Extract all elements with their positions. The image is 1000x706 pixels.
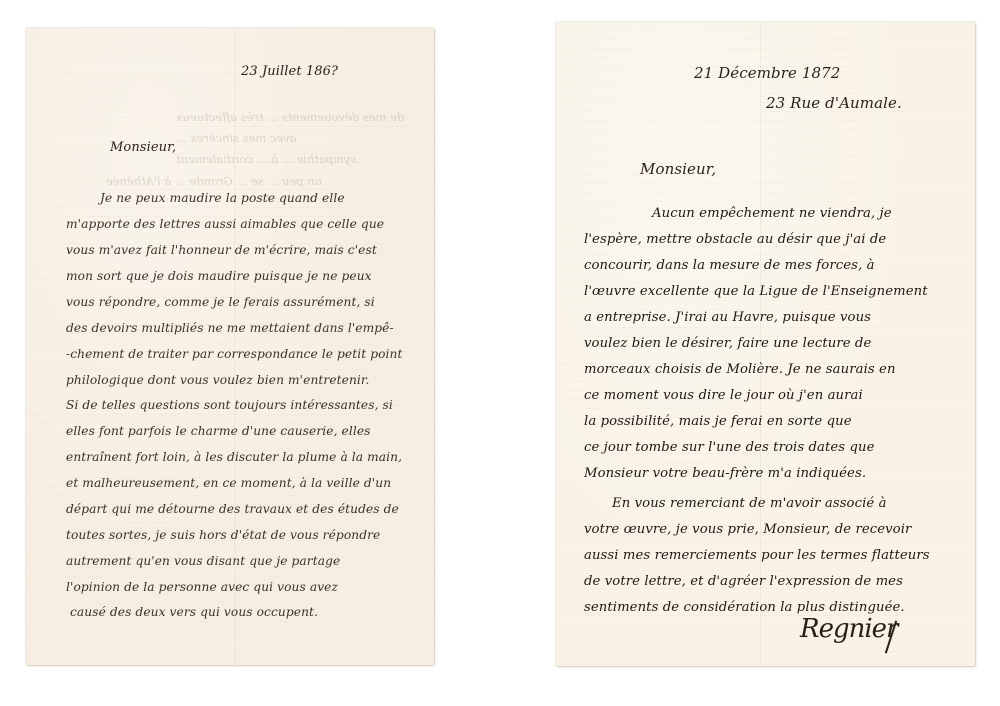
letter-line: l'opinion de la personne avec qui vous a… bbox=[66, 580, 338, 594]
letter-line: l'espère, mettre obstacle au désir que j… bbox=[584, 232, 886, 247]
bleed-through-text: avec mes sincères ... bbox=[176, 131, 297, 145]
letter-line: ce jour tombe sur l'une des trois dates … bbox=[584, 440, 875, 455]
letter-line: elles font parfois le charme d'une cause… bbox=[66, 424, 371, 438]
letter-line: morceaux choisis de Molière. Je ne saura… bbox=[584, 362, 896, 377]
letter-line: m'apporte des lettres aussi aimables que… bbox=[66, 217, 384, 231]
letter-line: l'œuvre excellente que la Ligue de l'Ens… bbox=[584, 284, 928, 299]
letter-line: de votre lettre, et d'agréer l'expressio… bbox=[584, 574, 903, 589]
letter-sheet-right: 21 Décembre 1872 23 Rue d'Aumale. Monsie… bbox=[556, 22, 975, 666]
letter-line: concourir, dans la mesure de mes forces,… bbox=[584, 258, 875, 273]
letter-line: sentiments de considération la plus dist… bbox=[584, 600, 905, 615]
letter-date: 23 Juillet 186? bbox=[241, 64, 338, 79]
letter-line: départ qui me détourne des travaux et de… bbox=[66, 502, 399, 516]
letter-line: voulez bien le désirer, faire une lectur… bbox=[584, 336, 871, 351]
signature: Regnier bbox=[800, 614, 897, 644]
letter-line: a entreprise. J'irai au Havre, puisque v… bbox=[584, 310, 871, 325]
letter-line: vous répondre, comme je le ferais assuré… bbox=[66, 295, 375, 309]
bleed-through-text: de mes dévouements ... très affectueux bbox=[176, 110, 404, 124]
letter-line: ce moment vous dire le jour où j'en aura… bbox=[584, 388, 863, 403]
letter-line: Monsieur votre beau-frère m'a indiquées. bbox=[584, 466, 866, 481]
letter-line: causé des deux vers qui vous occupent. bbox=[70, 605, 318, 619]
letter-line: votre œuvre, je vous prie, Monsieur, de … bbox=[584, 522, 911, 537]
letter-line: Si de telles questions sont toujours int… bbox=[66, 398, 393, 412]
letter-line: mon sort que je dois maudire puisque je … bbox=[66, 269, 372, 283]
letter-salutation: Monsieur, bbox=[640, 160, 716, 178]
letter-line: En vous remerciant de m'avoir associé à bbox=[612, 496, 887, 511]
letter-address: 23 Rue d'Aumale. bbox=[766, 94, 902, 112]
letter-line: Je ne peux maudire la poste quand elle bbox=[100, 191, 345, 205]
letter-line: entraînent fort loin, à les discuter la … bbox=[66, 450, 402, 464]
letter-salutation: Monsieur, bbox=[110, 140, 176, 155]
letter-date: 21 Décembre 1872 bbox=[694, 64, 840, 82]
letter-line: autrement qu'en vous disant que je parta… bbox=[66, 554, 340, 568]
letter-line: Aucun empêchement ne viendra, je bbox=[652, 206, 892, 221]
letter-line: vous m'avez fait l'honneur de m'écrire, … bbox=[66, 243, 377, 257]
letter-line: philologique dont vous voulez bien m'ent… bbox=[66, 373, 369, 387]
letter-sheet-left: de mes dévouements ... très affectueux a… bbox=[26, 28, 434, 665]
bleed-through-text: sympathie ... à ... cordialement bbox=[176, 152, 356, 166]
letter-line: -chement de traiter par correspondance l… bbox=[66, 347, 403, 361]
letter-line: et malheureusement, en ce moment, à la v… bbox=[66, 476, 391, 490]
letter-line: aussi mes remerciements pour les termes … bbox=[584, 548, 930, 563]
letter-line: des devoirs multipliés ne me mettaient d… bbox=[66, 321, 394, 335]
letter-line: la possibilité, mais je ferai en sorte q… bbox=[584, 414, 852, 429]
letter-line: toutes sortes, je suis hors d'état de vo… bbox=[66, 528, 380, 542]
bleed-through-text: un peu ... se ... Grande ... à l'Athénée bbox=[106, 174, 322, 188]
